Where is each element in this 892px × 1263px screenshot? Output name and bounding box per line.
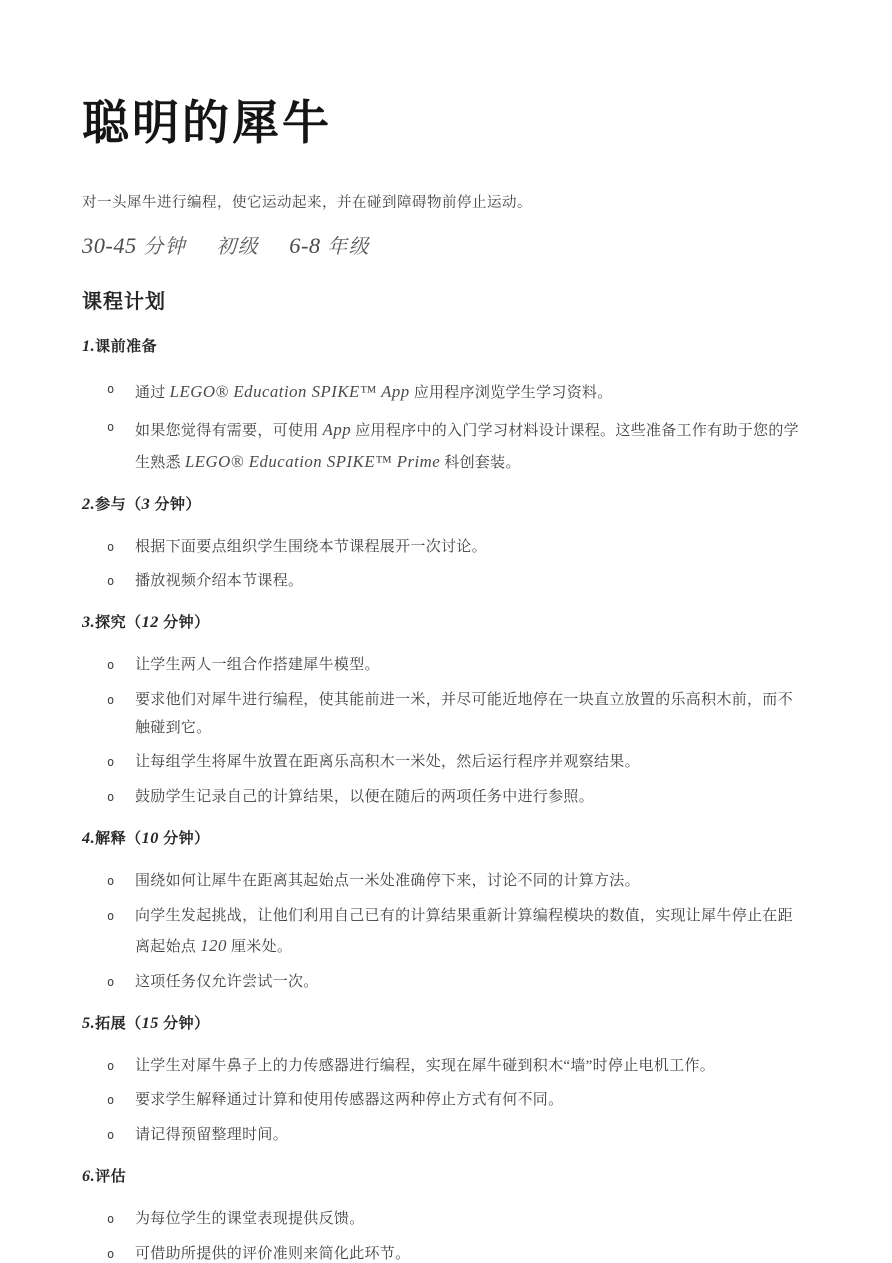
bullet-text: 要求他们对犀牛进行编程，使其能前进一米，并尽可能近地停在一块直立放置的乐高积木前… <box>135 687 808 743</box>
bullet-marker: o <box>107 784 135 811</box>
bullet-text: 鼓励学生记录自己的计算结果，以便在随后的两项任务中进行参照。 <box>135 784 808 812</box>
bullet-item: o让学生两人一组合作搭建犀牛模型。 <box>82 652 808 680</box>
latin-text: LEGO® Education SPIKE™ App <box>170 382 410 401</box>
bullet-item: o通过 LEGO® Education SPIKE™ App 应用程序浏览学生学… <box>82 376 808 408</box>
latin-text: 3. <box>82 613 95 631</box>
bullet-marker: o <box>107 1206 135 1233</box>
bullet-text: 要求学生解释通过计算和使用传感器这两种停止方式有何不同。 <box>135 1087 808 1115</box>
latin-text: 30-45 <box>82 233 137 258</box>
bullet-list: o根据下面要点组织学生围绕本节课程展开一次讨论。o播放视频介绍本节课程。 <box>82 534 808 597</box>
plan-heading: 课程计划 <box>82 285 808 314</box>
bullet-item: o让每组学生将犀牛放置在距离乐高积木一米处，然后运行程序并观察结果。 <box>82 749 808 777</box>
bullet-item: o可借助所提供的评价准则来简化此环节。 <box>82 1241 808 1263</box>
lesson-section: 4.解释（10 分钟）o围绕如何让犀牛在距离其起始点一米处准确停下来，讨论不同的… <box>82 826 808 997</box>
bullet-item: o围绕如何让犀牛在距离其起始点一米处准确停下来，讨论不同的计算方法。 <box>82 868 808 896</box>
page-title: 聪明的犀牛 <box>82 96 808 152</box>
section-heading: 4.解释（10 分钟） <box>82 826 808 852</box>
lesson-section: 1.课前准备o通过 LEGO® Education SPIKE™ App 应用程… <box>82 334 808 478</box>
bullet-marker: o <box>107 652 135 679</box>
bullet-text: 如果您觉得有需要，可使用 App 应用程序中的入门学习材料设计课程。这些准备工作… <box>135 414 808 478</box>
bullet-item: o如果您觉得有需要，可使用 App 应用程序中的入门学习材料设计课程。这些准备工… <box>82 414 808 478</box>
bullet-item: o鼓励学生记录自己的计算结果，以便在随后的两项任务中进行参照。 <box>82 784 808 812</box>
bullet-text: 可借助所提供的评价准则来简化此环节。 <box>135 1241 808 1263</box>
bullet-marker: o <box>107 568 135 595</box>
meta-item: 6-8 年级 <box>289 230 370 259</box>
bullet-marker: o <box>107 903 135 930</box>
latin-text: 12 <box>142 613 159 631</box>
bullet-marker: o <box>107 687 135 714</box>
meta-item: 30-45 分钟 <box>82 230 186 259</box>
bullet-item: o这项任务仅允许尝试一次。 <box>82 969 808 997</box>
bullet-text: 让每组学生将犀牛放置在距离乐高积木一米处，然后运行程序并观察结果。 <box>135 749 808 777</box>
bullet-text: 请记得预留整理时间。 <box>135 1122 808 1150</box>
lesson-section: 2.参与（3 分钟）o根据下面要点组织学生围绕本节课程展开一次讨论。o播放视频介… <box>82 492 808 596</box>
latin-text: 6-8 <box>289 233 320 258</box>
bullet-text: 这项任务仅允许尝试一次。 <box>135 969 808 997</box>
bullet-item: o播放视频介绍本节课程。 <box>82 568 808 596</box>
latin-text: 3 <box>142 495 151 513</box>
document-page: 聪明的犀牛 对一头犀牛进行编程，使它运动起来，并在碰到障碍物前停止运动。 30-… <box>0 0 892 1263</box>
bullet-marker: o <box>107 534 135 561</box>
bullet-list: o让学生对犀牛鼻子上的力传感器进行编程，实现在犀牛碰到积木“墙”时停止电机工作。… <box>82 1053 808 1150</box>
bullet-item: o让学生对犀牛鼻子上的力传感器进行编程，实现在犀牛碰到积木“墙”时停止电机工作。 <box>82 1053 808 1081</box>
bullet-item: o请记得预留整理时间。 <box>82 1122 808 1150</box>
lesson-sections: 1.课前准备o通过 LEGO® Education SPIKE™ App 应用程… <box>82 334 808 1263</box>
bullet-text: 让学生对犀牛鼻子上的力传感器进行编程，实现在犀牛碰到积木“墙”时停止电机工作。 <box>135 1053 808 1081</box>
section-heading: 6.评估 <box>82 1164 808 1190</box>
section-heading: 2.参与（3 分钟） <box>82 492 808 518</box>
latin-text: 6. <box>82 1167 95 1185</box>
bullet-marker: o <box>107 414 135 441</box>
bullet-marker: o <box>107 1053 135 1080</box>
lesson-section: 6.评估o为每位学生的课堂表现提供反馈。o可借助所提供的评价准则来简化此环节。 <box>82 1164 808 1263</box>
section-heading: 3.探究（12 分钟） <box>82 610 808 636</box>
bullet-text: 为每位学生的课堂表现提供反馈。 <box>135 1206 808 1234</box>
bullet-list: o围绕如何让犀牛在距离其起始点一米处准确停下来，讨论不同的计算方法。o向学生发起… <box>82 868 808 997</box>
bullet-text: 播放视频介绍本节课程。 <box>135 568 808 596</box>
bullet-text: 向学生发起挑战，让他们利用自己已有的计算结果重新计算编程模块的数值，实现让犀牛停… <box>135 903 808 963</box>
bullet-marker: o <box>107 868 135 895</box>
latin-text: App <box>323 420 352 439</box>
bullet-list: o通过 LEGO® Education SPIKE™ App 应用程序浏览学生学… <box>82 376 808 478</box>
bullet-text: 根据下面要点组织学生围绕本节课程展开一次讨论。 <box>135 534 808 562</box>
lesson-section: 5.拓展（15 分钟）o让学生对犀牛鼻子上的力传感器进行编程，实现在犀牛碰到积木… <box>82 1011 808 1150</box>
lesson-subtitle: 对一头犀牛进行编程，使它运动起来，并在碰到障碍物前停止运动。 <box>82 192 808 215</box>
bullet-text: 围绕如何让犀牛在距离其起始点一米处准确停下来，讨论不同的计算方法。 <box>135 868 808 896</box>
lesson-meta-row: 30-45 分钟初级6-8 年级 <box>82 230 808 259</box>
lesson-section: 3.探究（12 分钟）o让学生两人一组合作搭建犀牛模型。o要求他们对犀牛进行编程… <box>82 610 808 812</box>
bullet-item: o向学生发起挑战，让他们利用自己已有的计算结果重新计算编程模块的数值，实现让犀牛… <box>82 903 808 963</box>
bullet-text: 通过 LEGO® Education SPIKE™ App 应用程序浏览学生学习… <box>135 376 808 408</box>
latin-text: 120 <box>200 936 227 955</box>
bullet-list: o为每位学生的课堂表现提供反馈。o可借助所提供的评价准则来简化此环节。 <box>82 1206 808 1263</box>
bullet-item: o要求他们对犀牛进行编程，使其能前进一米，并尽可能近地停在一块直立放置的乐高积木… <box>82 687 808 743</box>
section-heading: 1.课前准备 <box>82 334 808 360</box>
meta-item: 初级 <box>216 230 259 259</box>
latin-text: LEGO® Education SPIKE™ Prime <box>185 452 440 471</box>
bullet-text: 让学生两人一组合作搭建犀牛模型。 <box>135 652 808 680</box>
bullet-item: o为每位学生的课堂表现提供反馈。 <box>82 1206 808 1234</box>
latin-text: 2. <box>82 495 95 513</box>
latin-text: 1. <box>82 337 95 355</box>
bullet-item: o根据下面要点组织学生围绕本节课程展开一次讨论。 <box>82 534 808 562</box>
latin-text: 4. <box>82 829 95 847</box>
bullet-marker: o <box>107 1122 135 1149</box>
bullet-marker: o <box>107 1087 135 1114</box>
bullet-marker: o <box>107 376 135 403</box>
bullet-marker: o <box>107 969 135 996</box>
bullet-list: o让学生两人一组合作搭建犀牛模型。o要求他们对犀牛进行编程，使其能前进一米，并尽… <box>82 652 808 812</box>
latin-text: 10 <box>142 829 159 847</box>
bullet-item: o要求学生解释通过计算和使用传感器这两种停止方式有何不同。 <box>82 1087 808 1115</box>
latin-text: 5. <box>82 1014 95 1032</box>
bullet-marker: o <box>107 749 135 776</box>
section-heading: 5.拓展（15 分钟） <box>82 1011 808 1037</box>
latin-text: 15 <box>142 1014 159 1032</box>
bullet-marker: o <box>107 1241 135 1263</box>
